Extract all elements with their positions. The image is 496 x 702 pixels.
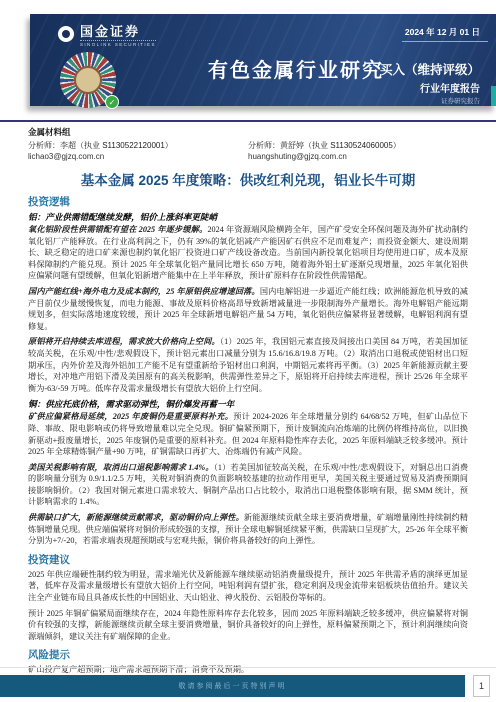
footer-disclaimer: 敬请参阅最后一页特别声明 [179,681,287,691]
section-investment-advice: 投资建议 [28,552,468,567]
copper-subheading: 铜：供应托底价格，需求驱动弹性，铜价爆发再蓄一年 [28,398,468,410]
paragraph-tariff: 美国关税影响有限，取消出口退税影响需求 1.4%。（1）若美国加征较高关税，在乐… [28,462,468,508]
analyst-1: 分析师：李超（执业 S1130522120001） lichao3@gjzq.c… [28,140,248,162]
footer-hairline [0,667,496,668]
rating-badge: 买入（维持评级） [380,60,480,78]
sinolink-logo-icon [58,26,74,42]
report-type: 行业年度报告 [420,80,480,95]
paragraph-copper-ore: 矿供应偏紧格局延续，2025 年废铜仍是重要原料补充。预计 2024-2026 … [28,411,468,457]
report-tag: 证券研究报告 [441,96,480,105]
paragraph-lead: 供需缺口扩大，新能源继续贡献需求，驱动铜价向上弹性。 [28,513,244,522]
paragraph-lead: 氧化铝阶段性供需错配有望在 2025 年逐步缓解。 [28,225,207,234]
report-title: 基本金属 2025 年度策略：供改红利兑现，铝业长牛可期 [28,169,468,189]
qr-seal-icon: ✓ [60,52,116,108]
footer-bar: 敬请参阅最后一页特别声明 [0,675,465,697]
analyst-1-email[interactable]: lichao3@gjzq.com.cn [28,151,248,162]
section-risk-warning: 风险提示 [28,647,468,662]
brand-logo: 国金证券 SINOLINK SECURITIES [58,25,156,47]
paragraph-lead: 矿供应偏紧格局延续，2025 年废铜仍是重要原料补充。 [28,412,233,421]
advice-paragraph-copper: 预计 2025 年铜矿偏紧局面继续存在，2024 年隐性原料库存去化较多，因而 … [28,608,468,643]
teal-edge-tab [491,86,496,106]
aluminum-subheading: 铝：产业供需错配继续发酵，铝价上涨斜率更陡峭 [28,211,468,223]
header-banner: 国金证券 SINOLINK SECURITIES ✓ 2024 年 12 月 0… [30,14,496,106]
brand-text: 国金证券 SINOLINK SECURITIES [80,25,156,47]
report-content: 金属材料组 分析师：李超（执业 S1130522120001） lichao3@… [28,126,468,680]
header-divider [0,120,496,122]
report-date: 2024 年 12 月 01 日 [405,26,480,38]
paragraph-copper-gap: 供需缺口扩大，新能源继续贡献需求，驱动铜价向上弹性。新能源继续贡献全球主要消费增… [28,512,468,547]
paragraph-lead: 美国关税影响有限，取消出口退税影响需求 1.4%。 [28,463,214,472]
analyst-2-email[interactable]: huangshuting@gjzq.com.cn [248,151,468,162]
brand-subtitle: SINOLINK SECURITIES [80,40,156,47]
paragraph-aluminum-destock: 原铝将开启持续去库进程，需求放大价格向上空间。（1）2025 年，我国铝元素直接… [28,336,468,394]
seal-center-icon [74,66,102,94]
analyst-block: 分析师：李超（执业 S1130522120001） lichao3@gjzq.c… [28,140,468,162]
analyst-2: 分析师：黄舒婷（执业 S1130524060005） huangshuting@… [248,140,468,162]
page-number: 1 [473,675,490,697]
brand-name: 国金证券 [80,25,156,39]
analyst-group: 金属材料组 [28,126,468,138]
paragraph-lead: 原铝将开启持续去库进程，需求放大价格向上空间。 [28,337,220,346]
analyst-1-name: 分析师：李超（执业 S1130522120001） [28,140,248,151]
verified-badge-icon: ✓ [105,95,119,109]
analyst-2-name: 分析师：黄舒婷（执业 S1130524060005） [248,140,468,151]
report-page: 国金证券 SINOLINK SECURITIES ✓ 2024 年 12 月 0… [0,0,496,702]
section-investment-logic: 投资逻辑 [28,194,468,209]
paragraph-alumina: 氧化铝阶段性供需错配有望在 2025 年逐步缓解。2024 年资源端风险横跨全年… [28,224,468,282]
paragraph-primary-aluminum-supply: 国内产能红线+海外电力及成本制约，25 年原铝供应增速回落。国内电解铝进一步逼近… [28,286,468,332]
advice-paragraph-aluminum: 2025 年供应端硬性制约较为明显，需求端光伏及新能源车继续驱动铝消费量级提升，… [28,569,468,604]
paragraph-lead: 国内产能红线+海外电力及成本制约，25 年原铝供应增速回落。 [28,287,260,296]
gold-underline [402,41,488,42]
